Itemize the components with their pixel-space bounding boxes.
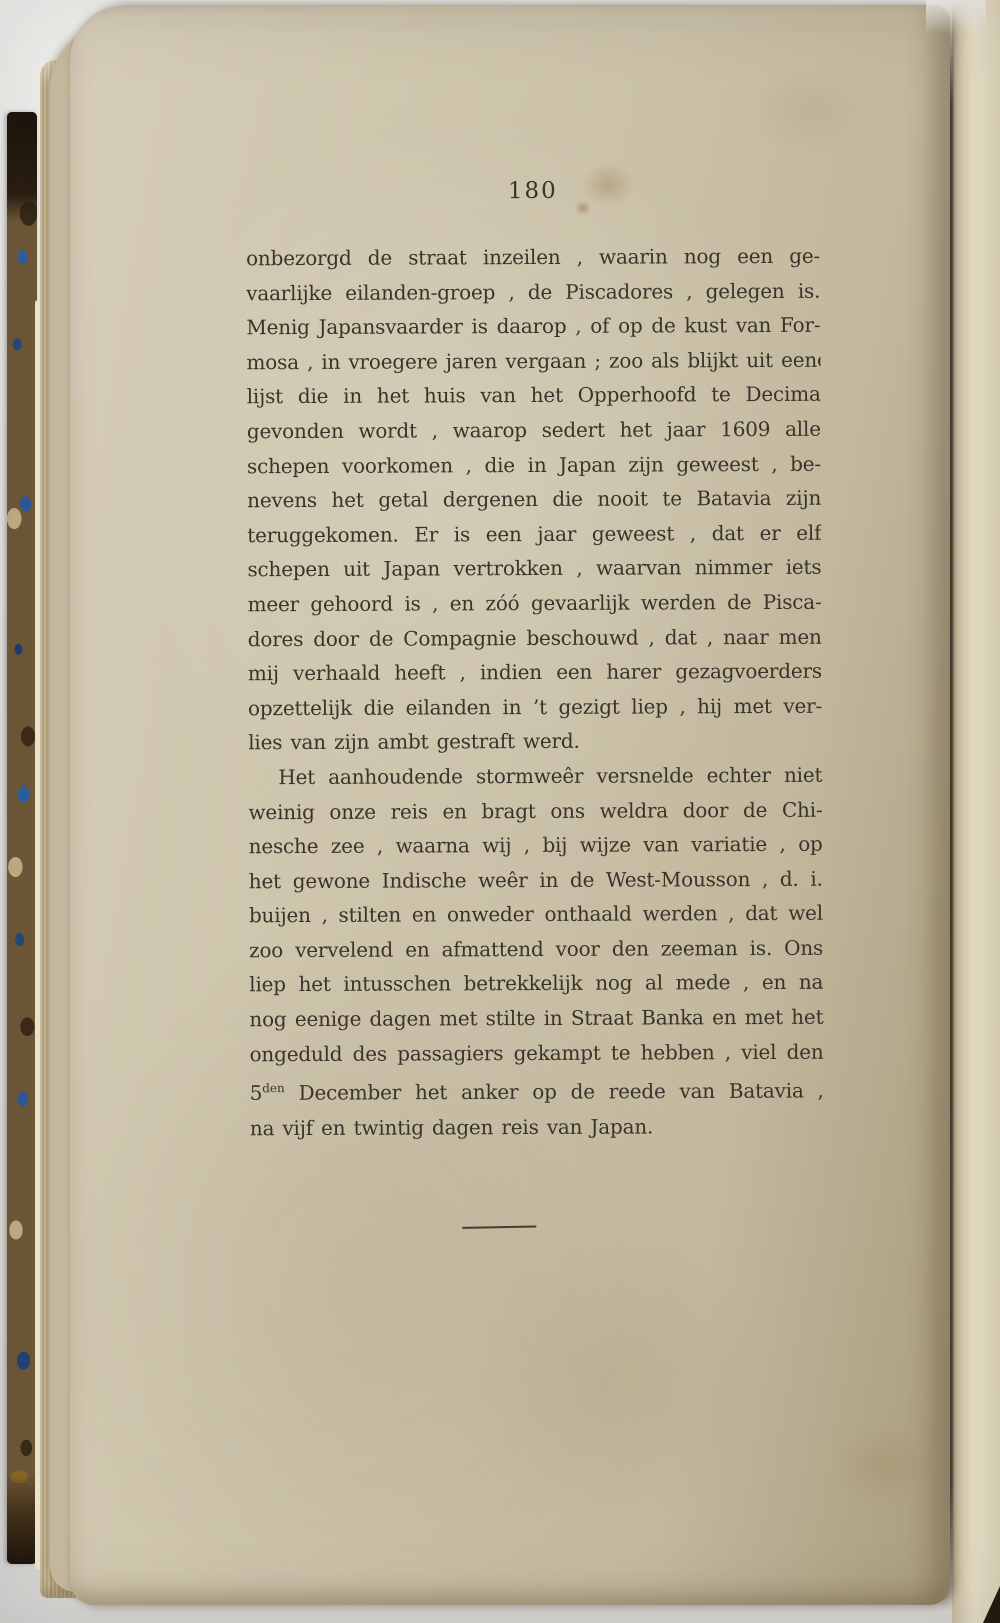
text-line: ongeduld des passagiers gekampt te hebbe… (249, 1034, 823, 1071)
text-line: schepen voorkomen , die in Japan zijn ge… (247, 446, 821, 483)
facing-page-edge (952, 0, 1000, 1623)
text-line: mosa , in vroegere jaren vergaan ; zoo a… (246, 343, 820, 380)
text-line: na vijf en twintig dagen reis van Japan. (250, 1108, 824, 1145)
text-line: lijst die in het huis van het Opperhoofd… (247, 377, 821, 414)
marbled-endpaper (7, 112, 37, 1564)
text-line: 5den December het anker op de reede van … (250, 1069, 824, 1111)
text-line: nesche zee , waarna wij , bij wijze van … (249, 827, 823, 864)
text-line: liep het intusschen betrekkelijk nog al … (249, 965, 823, 1002)
text-line: Het aanhoudende stormweêr versnelde echt… (248, 758, 822, 795)
text-line: nog eenige dagen met stilte in Straat Ba… (249, 1000, 823, 1037)
text-line: meer gehoord is , en zóó gevaarlijk werd… (247, 585, 821, 622)
text-line: gevonden wordt , waarop sedert het jaar … (247, 412, 821, 449)
text-line: zoo vervelend en afmattend voor den zeem… (249, 931, 823, 968)
cover-edge-top (7, 112, 37, 222)
book-photo: 180 onbezorgd de straat inzeilen , waari… (0, 0, 1000, 1623)
text-line: nevens het getal dergenen die nooit te B… (247, 481, 821, 518)
backdrop-wisp (926, 0, 986, 34)
text-line: lies van zijn ambt gestraft werd. (248, 723, 822, 760)
paragraph: Het aanhoudende stormweêr versnelde echt… (248, 758, 824, 1146)
printed-content: 180 onbezorgd de straat inzeilen , waari… (246, 175, 825, 1230)
text-line: Menig Japansvaarder is daarop , of op de… (246, 308, 820, 345)
text-line: teruggekomen. Er is een jaar geweest , d… (247, 515, 821, 552)
cover-edge-bottom (7, 1474, 37, 1564)
text-line: schepen uit Japan vertrokken , waarvan n… (247, 550, 821, 587)
text-line: dores door de Compagnie beschouwd , dat … (248, 619, 822, 656)
text-line: het gewone Indische weêr in de West-Mous… (249, 861, 823, 898)
text-line: vaarlijke eilanden-groep , de Piscadores… (246, 273, 820, 310)
paragraph: onbezorgd de straat inzeilen , waarin no… (246, 239, 822, 760)
text-line: onbezorgd de straat inzeilen , waarin no… (246, 239, 820, 276)
text-line: opzettelijk die eilanden in ’t gezigt li… (248, 688, 822, 725)
text-line: weinig onze reis en bragt ons weldra doo… (248, 792, 822, 829)
page-text: onbezorgd de straat inzeilen , waarin no… (246, 239, 824, 1146)
text-line: buijen , stilten en onweder onthaald wer… (249, 896, 823, 933)
text-line: mij verhaald heeft , indien een harer ge… (248, 654, 822, 691)
page-number: 180 (246, 175, 820, 208)
book-cover-edge (7, 112, 37, 1564)
